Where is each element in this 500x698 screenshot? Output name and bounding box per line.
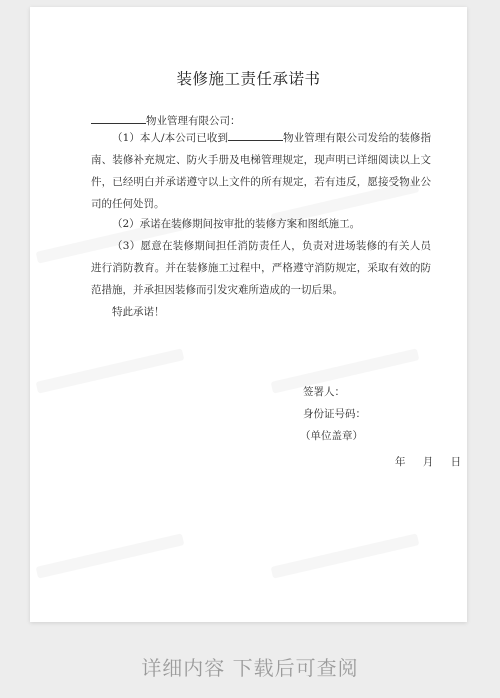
paragraph-1-prefix: （1）本人/本公司已收到: [112, 132, 228, 144]
seal-label: （单位盖章）: [300, 428, 363, 443]
watermark: [271, 533, 420, 578]
download-prompt[interactable]: 详细内容 下载后可查阅: [0, 652, 500, 681]
paragraph-3: （3）愿意在装修期间担任消防责任人，负责对进场装修的有关人员进行消防教育。并在装…: [91, 235, 431, 301]
company-blank: [228, 130, 283, 141]
addressee-suffix: 物业管理有限公司：: [146, 115, 241, 127]
document-page: 装修施工责任承诺书 物业管理有限公司： （1）本人/本公司已收到物业管理有限公司…: [30, 7, 467, 622]
signer-label: 签署人：: [303, 384, 345, 399]
addressee-line: 物业管理有限公司：: [91, 113, 241, 128]
document-title: 装修施工责任承诺书: [30, 67, 467, 89]
paragraph-1: （1）本人/本公司已收到物业管理有限公司发给的装修指南、装修补充规定、防火手册及…: [91, 127, 431, 215]
id-number-label: 身份证号码：: [303, 406, 366, 421]
watermark: [271, 348, 420, 393]
date-line: 年 月 日: [395, 454, 461, 469]
paragraph-2: （2）承诺在装修期间按审批的装修方案和图纸施工。: [91, 213, 431, 235]
watermark: [36, 348, 185, 393]
addressee-blank: [91, 113, 146, 124]
watermark: [36, 533, 185, 578]
closing-statement: 特此承诺！: [91, 301, 431, 323]
